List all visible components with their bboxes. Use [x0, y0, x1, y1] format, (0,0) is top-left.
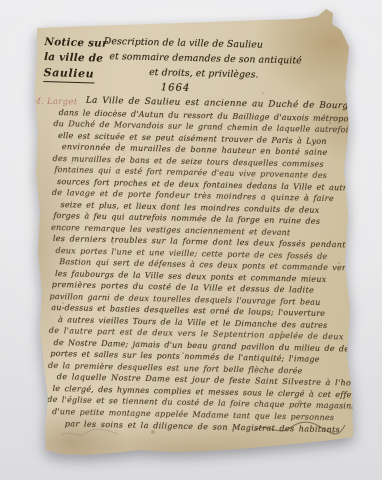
manuscript-title: Description de la ville de Saulieu et so… [103, 34, 303, 98]
manuscript-date: 1664 [161, 80, 302, 98]
margin-note-saulieu-underlined: Saulieu [43, 65, 94, 83]
photograph-background: Notice sur la ville de Saulieu Descripti… [0, 0, 382, 480]
manuscript-page: Notice sur la ville de Saulieu Descripti… [0, 0, 382, 480]
signature-flourish [252, 417, 347, 443]
manuscript-body: La Ville de Saulieu est ancienne au Duch… [49, 95, 356, 436]
paper-shadow: Notice sur la ville de Saulieu Descripti… [0, 0, 382, 480]
foxing-specks [0, 0, 2, 2]
pencil-scribble [60, 425, 120, 445]
